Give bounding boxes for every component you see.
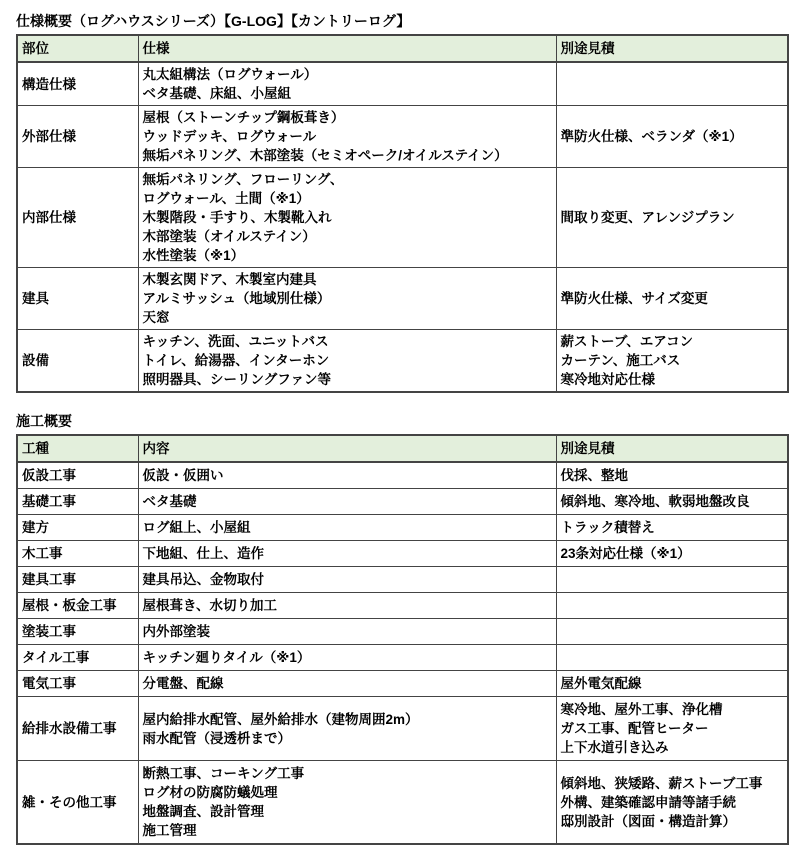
construction-cell-work: 仮設工事	[17, 462, 138, 489]
spec-cell-estimate: 準防火仕様、ベランダ（※1）	[556, 106, 788, 168]
spec-cell-spec: 木製玄関ドア、木製室内建具 アルミサッシュ（地域別仕様） 天窓	[138, 268, 556, 330]
construction-cell-estimate: 23条対応仕様（※1）	[556, 541, 788, 567]
construction-cell-content: 建具吊込、金物取付	[138, 567, 556, 593]
spec-cell-part: 構造仕様	[17, 62, 138, 106]
construction-header-content: 内容	[138, 435, 556, 462]
construction-cell-work: 雑・その他工事	[17, 761, 138, 845]
table-row: 内部仕様 無垢パネリング、フローリング、 ログウォール、土間（※1） 木製階段・…	[17, 168, 788, 268]
table-row: 仮設工事 仮設・仮囲い 伐採、整地	[17, 462, 788, 489]
spec-cell-estimate	[556, 62, 788, 106]
spec-cell-estimate: 準防火仕様、サイズ変更	[556, 268, 788, 330]
construction-cell-content: 内外部塗装	[138, 619, 556, 645]
spec-cell-spec: キッチン、洗面、ユニットバス トイレ、給湯器、インターホン 照明器具、シーリング…	[138, 330, 556, 393]
construction-overview-title: 施工概要	[16, 412, 787, 430]
construction-cell-content: ベタ基礎	[138, 489, 556, 515]
construction-cell-content: 断熱工事、コーキング工事 ログ材の防腐防蟻処理 地盤調査、設計管理 施工管理	[138, 761, 556, 845]
spec-cell-spec: 丸太組構法（ログウォール） ベタ基礎、床組、小屋組	[138, 62, 556, 106]
construction-cell-estimate: トラック積替え	[556, 515, 788, 541]
construction-cell-estimate: 傾斜地、寒冷地、軟弱地盤改良	[556, 489, 788, 515]
construction-cell-content: 分電盤、配線	[138, 671, 556, 697]
construction-cell-work: 基礎工事	[17, 489, 138, 515]
table-row: 構造仕様 丸太組構法（ログウォール） ベタ基礎、床組、小屋組	[17, 62, 788, 106]
construction-cell-content: ログ組上、小屋組	[138, 515, 556, 541]
construction-cell-work: 屋根・板金工事	[17, 593, 138, 619]
construction-cell-work: 給排水設備工事	[17, 697, 138, 761]
table-row: タイル工事 キッチン廻りタイル（※1）	[17, 645, 788, 671]
table-row: 設備 キッチン、洗面、ユニットバス トイレ、給湯器、インターホン 照明器具、シー…	[17, 330, 788, 393]
table-row: 建具 木製玄関ドア、木製室内建具 アルミサッシュ（地域別仕様） 天窓 準防火仕様…	[17, 268, 788, 330]
table-row: 屋根・板金工事 屋根葺き、水切り加工	[17, 593, 788, 619]
spec-cell-estimate: 薪ストーブ、エアコン カーテン、施工バス 寒冷地対応仕様	[556, 330, 788, 393]
table-row: 基礎工事 ベタ基礎 傾斜地、寒冷地、軟弱地盤改良	[17, 489, 788, 515]
document-page: 仕様概要（ログハウスシリーズ）【G-LOG】【カントリーログ】 部位 仕様 別途…	[0, 0, 800, 845]
construction-cell-estimate: 伐採、整地	[556, 462, 788, 489]
construction-header-work: 工種	[17, 435, 138, 462]
spec-cell-estimate: 間取り変更、アレンジプラン	[556, 168, 788, 268]
table-row: 給排水設備工事 屋内給排水配管、屋外給排水（建物周囲2m） 雨水配管（浸透枡まで…	[17, 697, 788, 761]
spec-cell-part: 外部仕様	[17, 106, 138, 168]
spec-overview-title: 仕様概要（ログハウスシリーズ）【G-LOG】【カントリーログ】	[16, 12, 787, 30]
spec-table: 部位 仕様 別途見積 構造仕様 丸太組構法（ログウォール） ベタ基礎、床組、小屋…	[16, 34, 789, 393]
construction-cell-work: 建具工事	[17, 567, 138, 593]
spec-cell-part: 内部仕様	[17, 168, 138, 268]
construction-cell-estimate	[556, 593, 788, 619]
construction-cell-content: キッチン廻りタイル（※1）	[138, 645, 556, 671]
construction-cell-work: 木工事	[17, 541, 138, 567]
construction-table: 工種 内容 別途見積 仮設工事 仮設・仮囲い 伐採、整地 基礎工事 ベタ基礎 傾…	[16, 434, 789, 845]
spec-cell-spec: 屋根（ストーンチップ鋼板葺き） ウッドデッキ、ログウォール 無垢パネリング、木部…	[138, 106, 556, 168]
construction-cell-estimate	[556, 645, 788, 671]
construction-cell-content: 仮設・仮囲い	[138, 462, 556, 489]
table-row: 電気工事 分電盤、配線 屋外電気配線	[17, 671, 788, 697]
table-row: 建方 ログ組上、小屋組 トラック積替え	[17, 515, 788, 541]
table-row: 建具工事 建具吊込、金物取付	[17, 567, 788, 593]
spec-cell-spec: 無垢パネリング、フローリング、 ログウォール、土間（※1） 木製階段・手すり、木…	[138, 168, 556, 268]
construction-cell-content: 下地組、仕上、造作	[138, 541, 556, 567]
spec-header-spec: 仕様	[138, 35, 556, 62]
table-row: 木工事 下地組、仕上、造作 23条対応仕様（※1）	[17, 541, 788, 567]
construction-cell-estimate: 屋外電気配線	[556, 671, 788, 697]
construction-cell-estimate: 寒冷地、屋外工事、浄化槽 ガス工事、配管ヒーター 上下水道引き込み	[556, 697, 788, 761]
spec-table-header-row: 部位 仕様 別途見積	[17, 35, 788, 62]
construction-cell-content: 屋内給排水配管、屋外給排水（建物周囲2m） 雨水配管（浸透枡まで）	[138, 697, 556, 761]
construction-cell-estimate	[556, 567, 788, 593]
spec-cell-part: 建具	[17, 268, 138, 330]
construction-cell-work: 建方	[17, 515, 138, 541]
spec-header-part: 部位	[17, 35, 138, 62]
construction-cell-estimate: 傾斜地、狭矮路、薪ストーブ工事 外構、建築確認申請等諸手続 邸別設計（図面・構造…	[556, 761, 788, 845]
construction-cell-estimate	[556, 619, 788, 645]
construction-cell-work: 電気工事	[17, 671, 138, 697]
construction-header-estimate: 別途見積	[556, 435, 788, 462]
construction-table-header-row: 工種 内容 別途見積	[17, 435, 788, 462]
construction-cell-work: タイル工事	[17, 645, 138, 671]
spec-header-estimate: 別途見積	[556, 35, 788, 62]
construction-cell-content: 屋根葺き、水切り加工	[138, 593, 556, 619]
construction-cell-work: 塗装工事	[17, 619, 138, 645]
spec-cell-part: 設備	[17, 330, 138, 393]
table-row: 外部仕様 屋根（ストーンチップ鋼板葺き） ウッドデッキ、ログウォール 無垢パネリ…	[17, 106, 788, 168]
table-row: 塗装工事 内外部塗装	[17, 619, 788, 645]
table-row: 雑・その他工事 断熱工事、コーキング工事 ログ材の防腐防蟻処理 地盤調査、設計管…	[17, 761, 788, 845]
